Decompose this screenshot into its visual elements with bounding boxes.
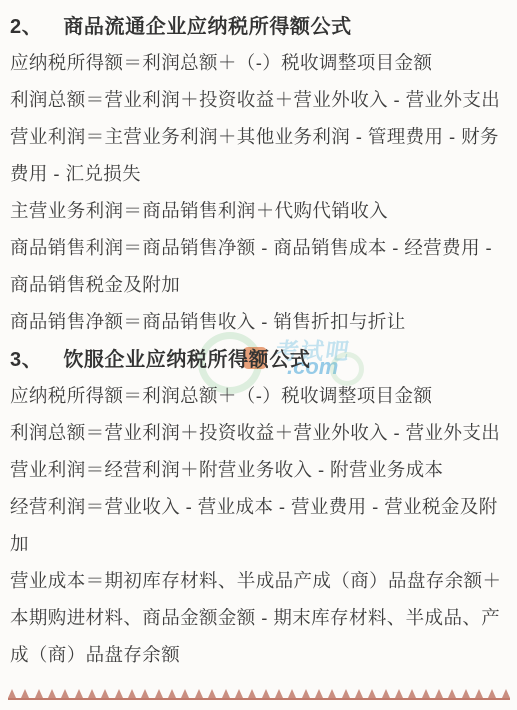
section-2-title: 商品流通企业应纳税所得额公式 (63, 10, 351, 39)
triangle-icon (48, 689, 56, 698)
triangle-icon (448, 689, 456, 698)
triangle-icon (368, 689, 376, 698)
triangle-icon (21, 689, 29, 698)
triangle-icon (422, 689, 430, 698)
formula-line: 经营利润＝营业收入 - 营业成本 - 营业费用 - 营业税金及附 (10, 487, 509, 524)
formula-line: 营业利润＝经营利润＋附营业务收入 - 附营业务成本 (10, 450, 509, 487)
triangle-icon (168, 689, 176, 698)
formula-line: 商品销售净额＝商品销售收入 - 销售折扣与折让 (10, 302, 509, 339)
triangle-icon (128, 689, 136, 698)
triangle-icon (235, 689, 243, 698)
triangle-icon (181, 689, 189, 698)
section-3-number: 3、 (10, 343, 42, 372)
section-2-number: 2、 (10, 10, 42, 39)
triangle-icon (342, 689, 350, 698)
section-2-heading: 2、 商品流通企业应纳税所得额公式 (10, 6, 509, 43)
formula-line: 应纳税所得额＝利润总额＋（-）税收调整项目金额 (10, 43, 509, 80)
triangle-icon (475, 689, 483, 698)
triangle-icon (288, 689, 296, 698)
triangle-icon (328, 689, 336, 698)
triangle-icon (435, 689, 443, 698)
triangle-icon (315, 689, 323, 698)
triangle-icon (115, 689, 123, 698)
formula-line: 商品销售税金及附加 (10, 265, 509, 302)
triangle-icon (8, 689, 16, 698)
zigzag-border (8, 688, 510, 700)
section-3-title: 饮服企业应纳税所得额公式 (63, 343, 310, 372)
triangle-icon (222, 689, 230, 698)
triangle-icon (355, 689, 363, 698)
formula-line: 营业利润＝主营业务利润＋其他业务利润 - 管理费用 - 财务 (10, 117, 509, 154)
formula-line: 商品销售利润＝商品销售净额 - 商品销售成本 - 经营费用 - (10, 228, 509, 265)
formula-line: 成（商）品盘存余额 (10, 635, 509, 672)
triangle-icon (262, 689, 270, 698)
triangle-icon (488, 689, 496, 698)
triangle-icon (88, 689, 96, 698)
triangle-icon (61, 689, 69, 698)
triangle-icon (155, 689, 163, 698)
triangle-icon (208, 689, 216, 698)
triangle-icon (462, 689, 470, 698)
triangle-icon (35, 689, 43, 698)
triangle-icon (101, 689, 109, 698)
formula-line: 营业成本＝期初库存材料、半成品产成（商）品盘存余额＋ (10, 561, 509, 598)
triangle-icon (302, 689, 310, 698)
triangle-icon (502, 689, 510, 698)
triangle-icon (141, 689, 149, 698)
triangle-icon (408, 689, 416, 698)
triangle-icon (395, 689, 403, 698)
formula-line: 本期购进材料、商品金额金额 - 期末库存材料、半成品、产 (10, 598, 509, 635)
formula-line: 主营业务利润＝商品销售利润＋代购代销收入 (10, 191, 509, 228)
formula-line: 应纳税所得额＝利润总额＋（-）税收调整项目金额 (10, 376, 509, 413)
formula-line: 费用 - 汇兑损失 (10, 154, 509, 191)
triangle-icon (195, 689, 203, 698)
triangle-icon (382, 689, 390, 698)
document-body: 2、 商品流通企业应纳税所得额公式 应纳税所得额＝利润总额＋（-）税收调整项目金… (0, 0, 517, 672)
triangle-icon (75, 689, 83, 698)
formula-line: 利润总额＝营业利润＋投资收益＋营业外收入 - 营业外支出 (10, 80, 509, 117)
triangle-icon (248, 689, 256, 698)
formula-line: 加 (10, 524, 509, 561)
formula-line: 利润总额＝营业利润＋投资收益＋营业外收入 - 营业外支出 (10, 413, 509, 450)
triangle-icon (275, 689, 283, 698)
section-3-heading: 3、 饮服企业应纳税所得额公式 (10, 339, 509, 376)
